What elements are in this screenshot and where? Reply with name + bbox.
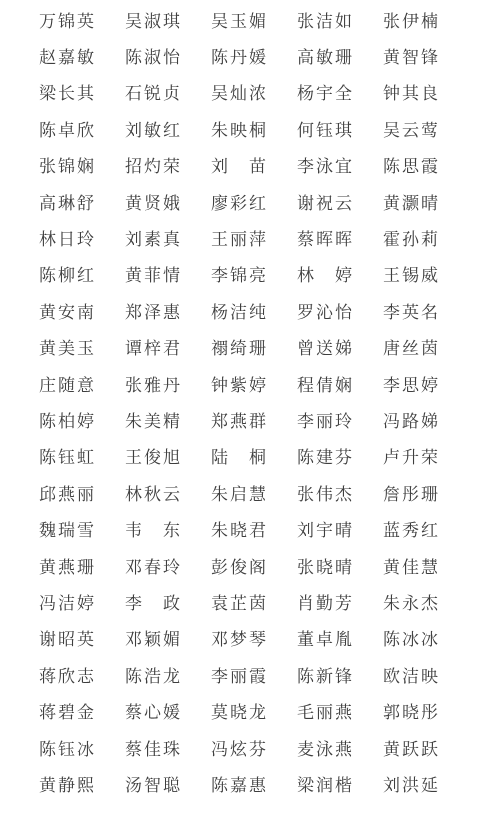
name-cell: 王俊旭 <box>125 438 211 474</box>
name-cell: 高敏珊 <box>297 37 383 73</box>
name-cell: 刘宇晴 <box>297 510 383 546</box>
name-cell: 冯炫芬 <box>211 729 297 765</box>
name-cell: 王丽萍 <box>211 219 297 255</box>
name-cell: 陈柳红 <box>39 256 125 292</box>
name-cell: 李英名 <box>383 292 469 328</box>
name-cell: 陈淑怡 <box>125 37 211 73</box>
name-cell: 李丽玲 <box>297 401 383 437</box>
name-cell: 张洁如 <box>297 1 383 37</box>
name-cell: 陈浩龙 <box>125 656 211 692</box>
name-cell: 黄贤娥 <box>125 183 211 219</box>
name-cell: 郑泽惠 <box>125 292 211 328</box>
name-cell: 梁长其 <box>39 74 125 110</box>
name-cell: 麦泳燕 <box>297 729 383 765</box>
name-cell: 石锐贞 <box>125 74 211 110</box>
name-cell: 黄安南 <box>39 292 125 328</box>
name-cell: 卢升荣 <box>383 438 469 474</box>
name-cell: 朱晓君 <box>211 510 297 546</box>
name-cell: 曾送娣 <box>297 329 383 365</box>
name-cell: 蔡佳珠 <box>125 729 211 765</box>
name-cell: 吴云莺 <box>383 110 469 146</box>
name-cell: 钟紫婷 <box>211 365 297 401</box>
name-cell: 毛丽燕 <box>297 692 383 728</box>
name-cell: 吴玉媚 <box>211 1 297 37</box>
name-cell: 万锦英 <box>39 1 125 37</box>
name-cell: 黄跃跃 <box>383 729 469 765</box>
name-cell: 陈钰虹 <box>39 438 125 474</box>
name-cell: 刘洪延 <box>383 765 469 801</box>
name-cell: 廖彩红 <box>211 183 297 219</box>
name-cell: 王锡威 <box>383 256 469 292</box>
name-cell: 邓颖媚 <box>125 620 211 656</box>
name-cell: 杨宇全 <box>297 74 383 110</box>
name-cell: 汤智聪 <box>125 765 211 801</box>
name-cell: 蓝秀红 <box>383 510 469 546</box>
name-cell: 罗沁怡 <box>297 292 383 328</box>
name-cell: 陈钰冰 <box>39 729 125 765</box>
name-cell: 朱永杰 <box>383 583 469 619</box>
name-cell: 陈柏婷 <box>39 401 125 437</box>
name-cell: 梁润楷 <box>297 765 383 801</box>
name-cell: 郭晓彤 <box>383 692 469 728</box>
name-cell: 吴灿浓 <box>211 74 297 110</box>
name-cell: 黄智锋 <box>383 37 469 73</box>
name-cell: 肖勤芳 <box>297 583 383 619</box>
name-grid: 万锦英吴淑琪吴玉媚张洁如张伊楠赵嘉敏陈淑怡陈丹媛高敏珊黄智锋梁长其石锐贞吴灿浓杨… <box>0 0 501 802</box>
name-cell: 庄随意 <box>39 365 125 401</box>
name-cell: 朱启慧 <box>211 474 297 510</box>
name-cell: 刘 苗 <box>211 147 297 183</box>
name-cell: 吴淑琪 <box>125 1 211 37</box>
name-cell: 朱映桐 <box>211 110 297 146</box>
name-cell: 黄燕珊 <box>39 547 125 583</box>
name-cell: 黄佳慧 <box>383 547 469 583</box>
name-cell: 陈嘉惠 <box>211 765 297 801</box>
name-cell: 黄灏晴 <box>383 183 469 219</box>
name-cell: 陈卓欣 <box>39 110 125 146</box>
name-cell: 邱燕丽 <box>39 474 125 510</box>
name-cell: 董卓胤 <box>297 620 383 656</box>
name-cell: 袁芷茵 <box>211 583 297 619</box>
name-cell: 钟其良 <box>383 74 469 110</box>
name-cell: 陈思霞 <box>383 147 469 183</box>
name-cell: 蒋碧金 <box>39 692 125 728</box>
name-cell: 彭俊阁 <box>211 547 297 583</box>
name-cell: 陈冰冰 <box>383 620 469 656</box>
name-cell: 张锦娴 <box>39 147 125 183</box>
name-cell: 张晓晴 <box>297 547 383 583</box>
name-cell: 李思婷 <box>383 365 469 401</box>
name-cell: 谢昭英 <box>39 620 125 656</box>
name-cell: 刘素真 <box>125 219 211 255</box>
name-cell: 黄菲情 <box>125 256 211 292</box>
name-cell: 禤绮珊 <box>211 329 297 365</box>
name-cell: 赵嘉敏 <box>39 37 125 73</box>
name-cell: 陈建芬 <box>297 438 383 474</box>
name-cell: 邓梦琴 <box>211 620 297 656</box>
name-cell: 李 政 <box>125 583 211 619</box>
name-cell: 谢祝云 <box>297 183 383 219</box>
name-cell: 韦 东 <box>125 510 211 546</box>
name-cell: 黄美玉 <box>39 329 125 365</box>
name-cell: 蒋欣志 <box>39 656 125 692</box>
name-cell: 谭梓君 <box>125 329 211 365</box>
name-cell: 何钰琪 <box>297 110 383 146</box>
name-cell: 冯路娣 <box>383 401 469 437</box>
name-cell: 霍孙莉 <box>383 219 469 255</box>
name-cell: 郑燕群 <box>211 401 297 437</box>
name-cell: 詹彤珊 <box>383 474 469 510</box>
name-cell: 林秋云 <box>125 474 211 510</box>
name-cell: 林日玲 <box>39 219 125 255</box>
name-cell: 莫晓龙 <box>211 692 297 728</box>
name-cell: 蔡晖晖 <box>297 219 383 255</box>
name-cell: 陈新锋 <box>297 656 383 692</box>
name-list-page: 万锦英吴淑琪吴玉媚张洁如张伊楠赵嘉敏陈淑怡陈丹媛高敏珊黄智锋梁长其石锐贞吴灿浓杨… <box>0 0 501 818</box>
name-cell: 杨洁纯 <box>211 292 297 328</box>
name-cell: 林 婷 <box>297 256 383 292</box>
name-cell: 邓春玲 <box>125 547 211 583</box>
name-cell: 程倩娴 <box>297 365 383 401</box>
name-cell: 李泳宜 <box>297 147 383 183</box>
name-cell: 李丽霞 <box>211 656 297 692</box>
name-cell: 刘敏红 <box>125 110 211 146</box>
name-cell: 魏瑞雪 <box>39 510 125 546</box>
name-cell: 唐丝茵 <box>383 329 469 365</box>
name-cell: 招灼荣 <box>125 147 211 183</box>
name-cell: 黄静熙 <box>39 765 125 801</box>
name-cell: 蔡心媛 <box>125 692 211 728</box>
name-cell: 张雅丹 <box>125 365 211 401</box>
name-cell: 张伟杰 <box>297 474 383 510</box>
name-cell: 高琳舒 <box>39 183 125 219</box>
name-cell: 陆 桐 <box>211 438 297 474</box>
name-cell: 朱美精 <box>125 401 211 437</box>
name-cell: 欧洁映 <box>383 656 469 692</box>
name-cell: 陈丹媛 <box>211 37 297 73</box>
name-cell: 冯洁婷 <box>39 583 125 619</box>
name-cell: 张伊楠 <box>383 1 469 37</box>
name-cell: 李锦亮 <box>211 256 297 292</box>
